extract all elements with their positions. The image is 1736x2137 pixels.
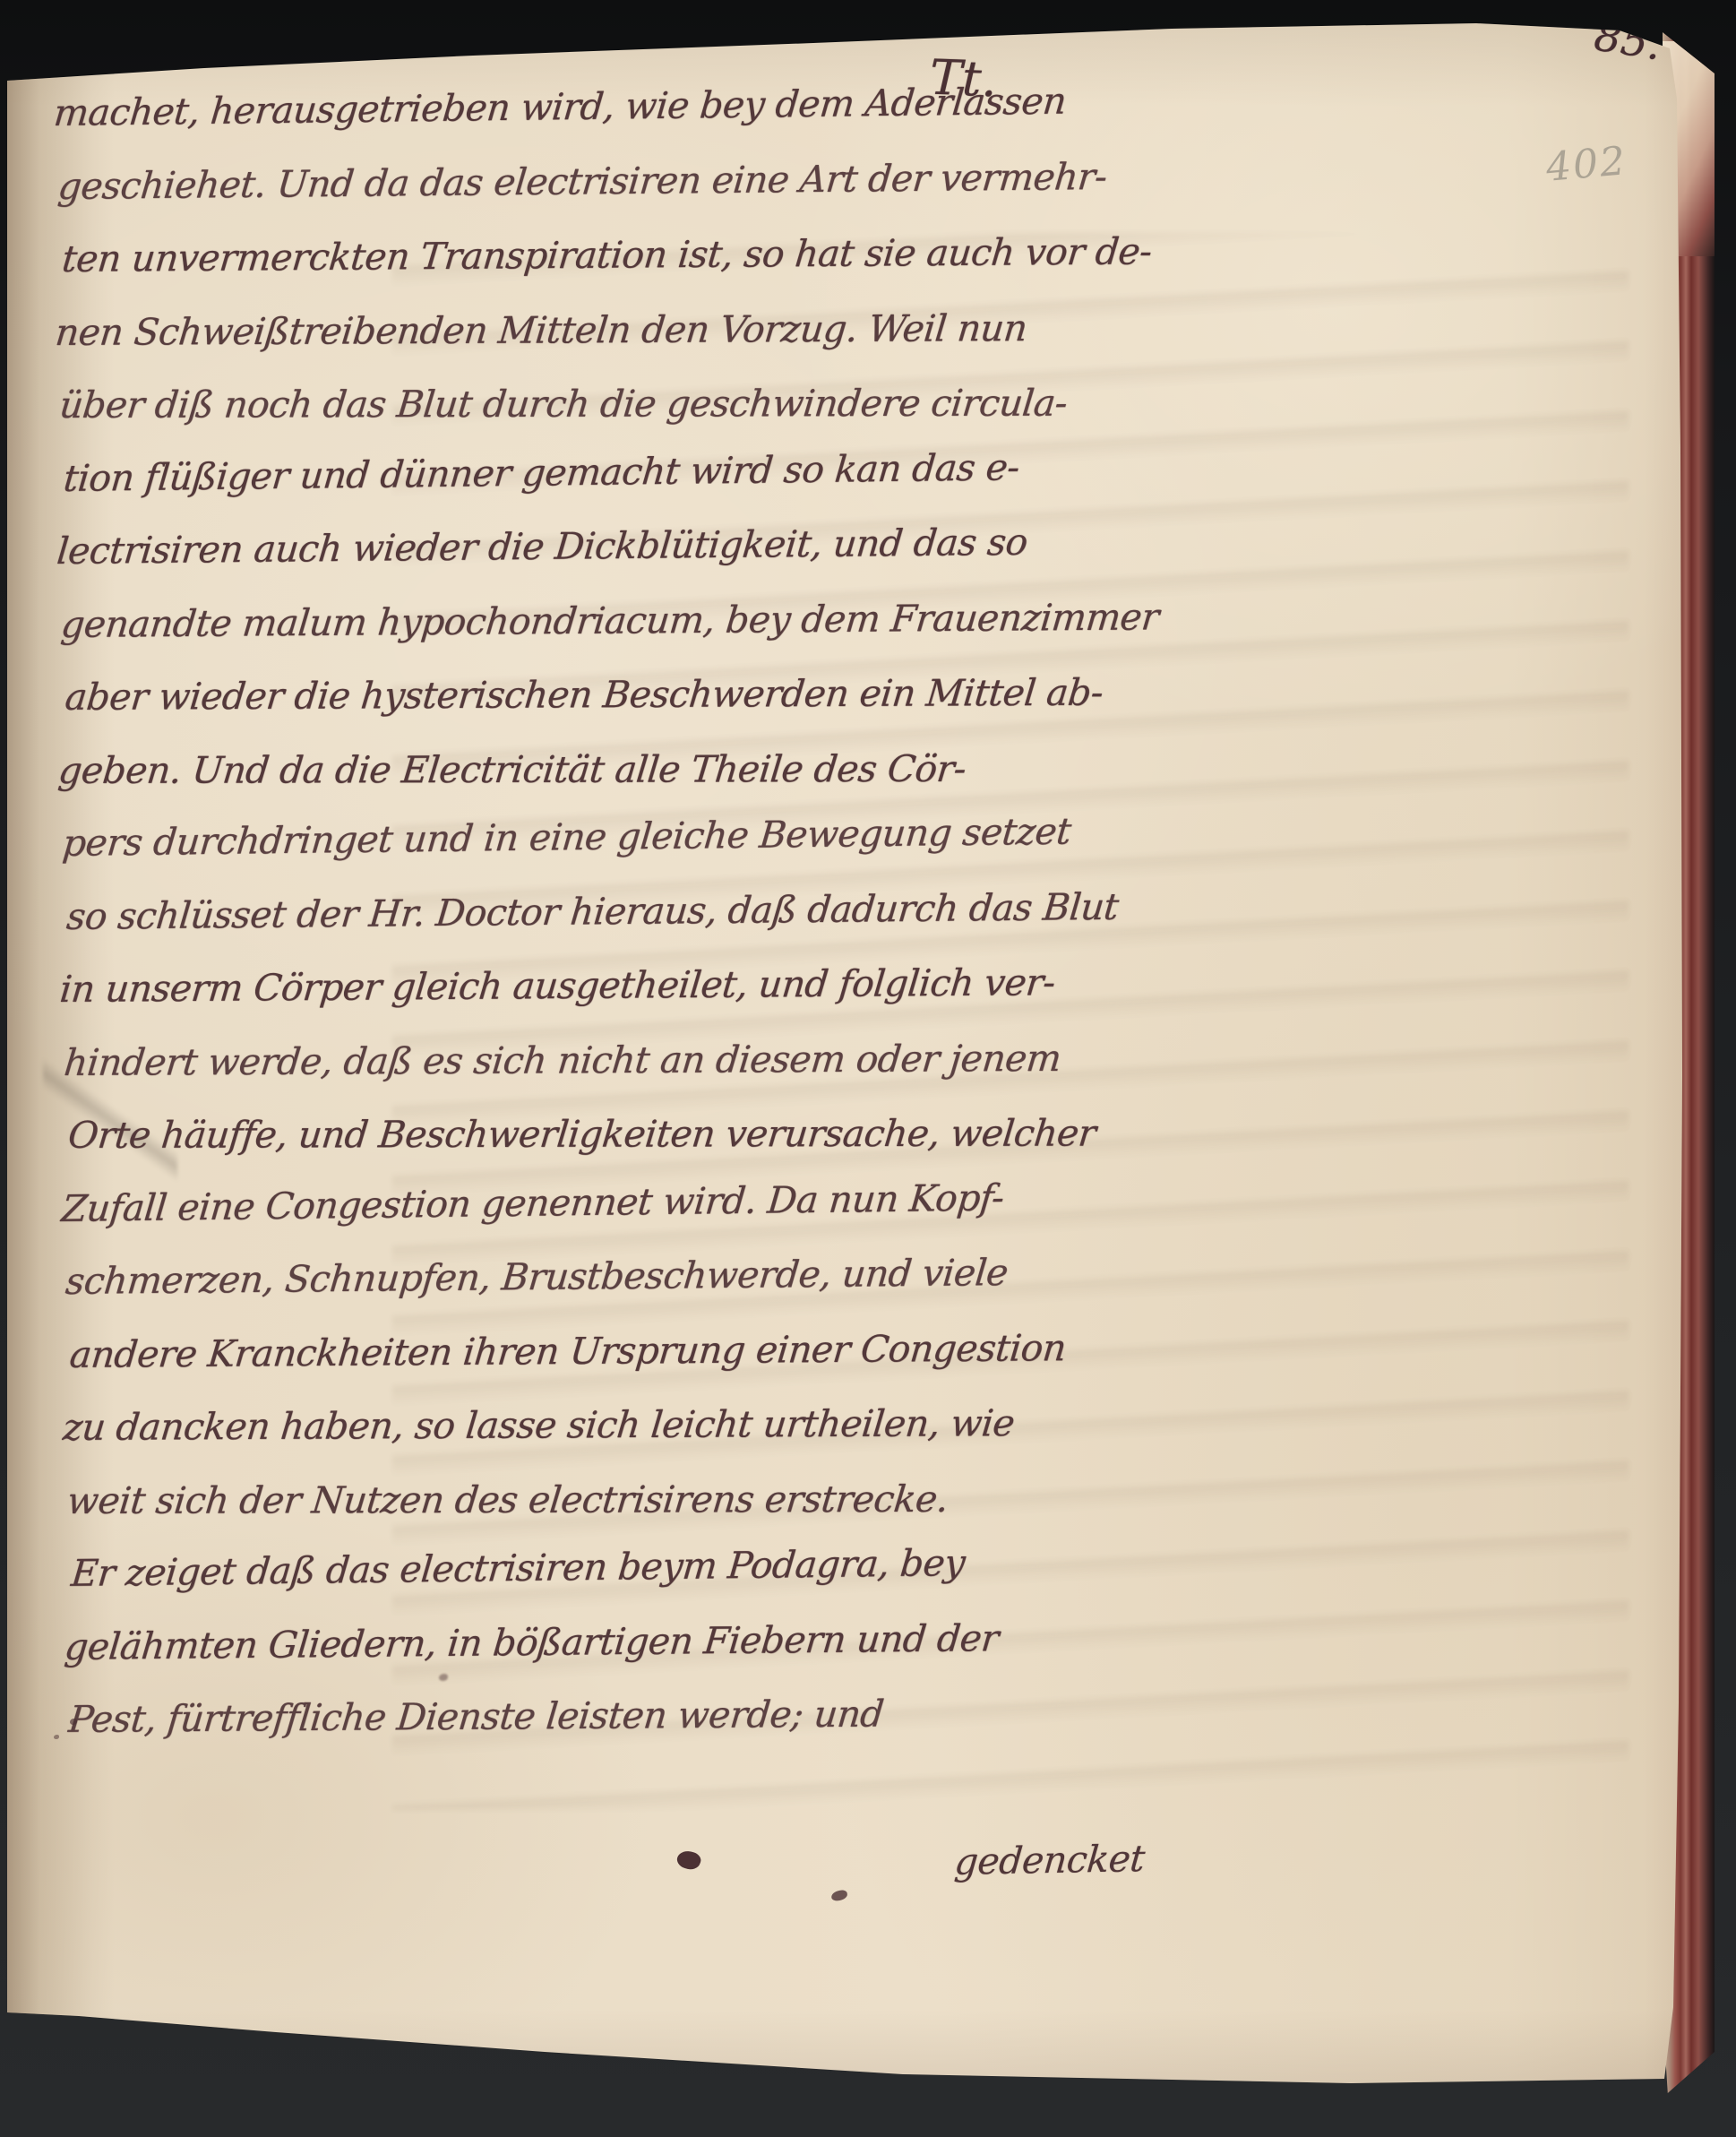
text-line: tion flüßiger und dünner gemacht wird so… xyxy=(60,432,902,515)
text-line: nen Schweißtreibenden Mitteln den Vorzug… xyxy=(52,292,901,369)
text-line: machet, herausgetrieben wird, wie bey de… xyxy=(50,67,899,151)
text-line: zu dancken haben, so lasse sich leicht u… xyxy=(59,1388,908,1465)
text-line: pers durchdringet und in eine gleiche Be… xyxy=(59,797,905,881)
text-line: so schlüsset der Hr. Doctor hieraus, daß… xyxy=(64,873,906,953)
text-line: geschiehet. Und da das electrisiren eine… xyxy=(55,142,900,223)
text-line: lectrisiren auch wieder die Dickblütigke… xyxy=(54,507,903,588)
text-line: in unserm Cörper gleich ausgetheilet, un… xyxy=(56,947,906,1026)
text-line: Orte häuffe, und Beschwerligkeiten verur… xyxy=(64,1098,907,1173)
ink-blot xyxy=(675,1848,702,1873)
ink-blot xyxy=(830,1890,848,1902)
text-line: aber wieder die hysterischen Beschwerden… xyxy=(62,658,904,735)
text-line: ten unvermerckten Transpiration ist, so … xyxy=(58,217,900,296)
catchword: gedencket xyxy=(953,1837,1147,1883)
page-number: 85. xyxy=(1591,11,1664,70)
handwritten-text-block: machet, herausgetrieben wird, wie bey de… xyxy=(54,71,907,1756)
text-line: Pest, fürtreffliche Dienste leisten werd… xyxy=(65,1677,911,1756)
text-line: weit sich der Nutzen des electrisirens e… xyxy=(64,1462,909,1538)
text-line: gelähmten Gliedern, in bößartigen Fieber… xyxy=(61,1603,910,1684)
text-line: hindert werde, daß es sich nicht an dies… xyxy=(61,1022,907,1099)
text-line: schmerzen, Schnupfen, Brustbeschwerde, u… xyxy=(62,1237,907,1318)
text-line: Er zeiget daß das electrisiren beym Poda… xyxy=(68,1528,910,1611)
photo-background: 85. Tt. 402 machet, herausgetrieben wird… xyxy=(0,0,1736,2137)
manuscript-page: 85. Tt. 402 machet, herausgetrieben wird… xyxy=(7,0,1713,2137)
text-line: geben. Und da die Electricität alle Thei… xyxy=(55,732,904,807)
text-line: andere Kranckheiten ihren Ursprung einer… xyxy=(66,1313,908,1392)
ink-blot xyxy=(54,1735,59,1739)
text-line: Zufall eine Congestion genennet wird. Da… xyxy=(58,1162,907,1245)
text-line: über diß noch das Blut durch die geschwi… xyxy=(56,367,901,443)
text-line: genandte malum hypochondriacum, bey dem … xyxy=(57,582,903,661)
pencil-foliation: 402 xyxy=(1544,138,1629,191)
